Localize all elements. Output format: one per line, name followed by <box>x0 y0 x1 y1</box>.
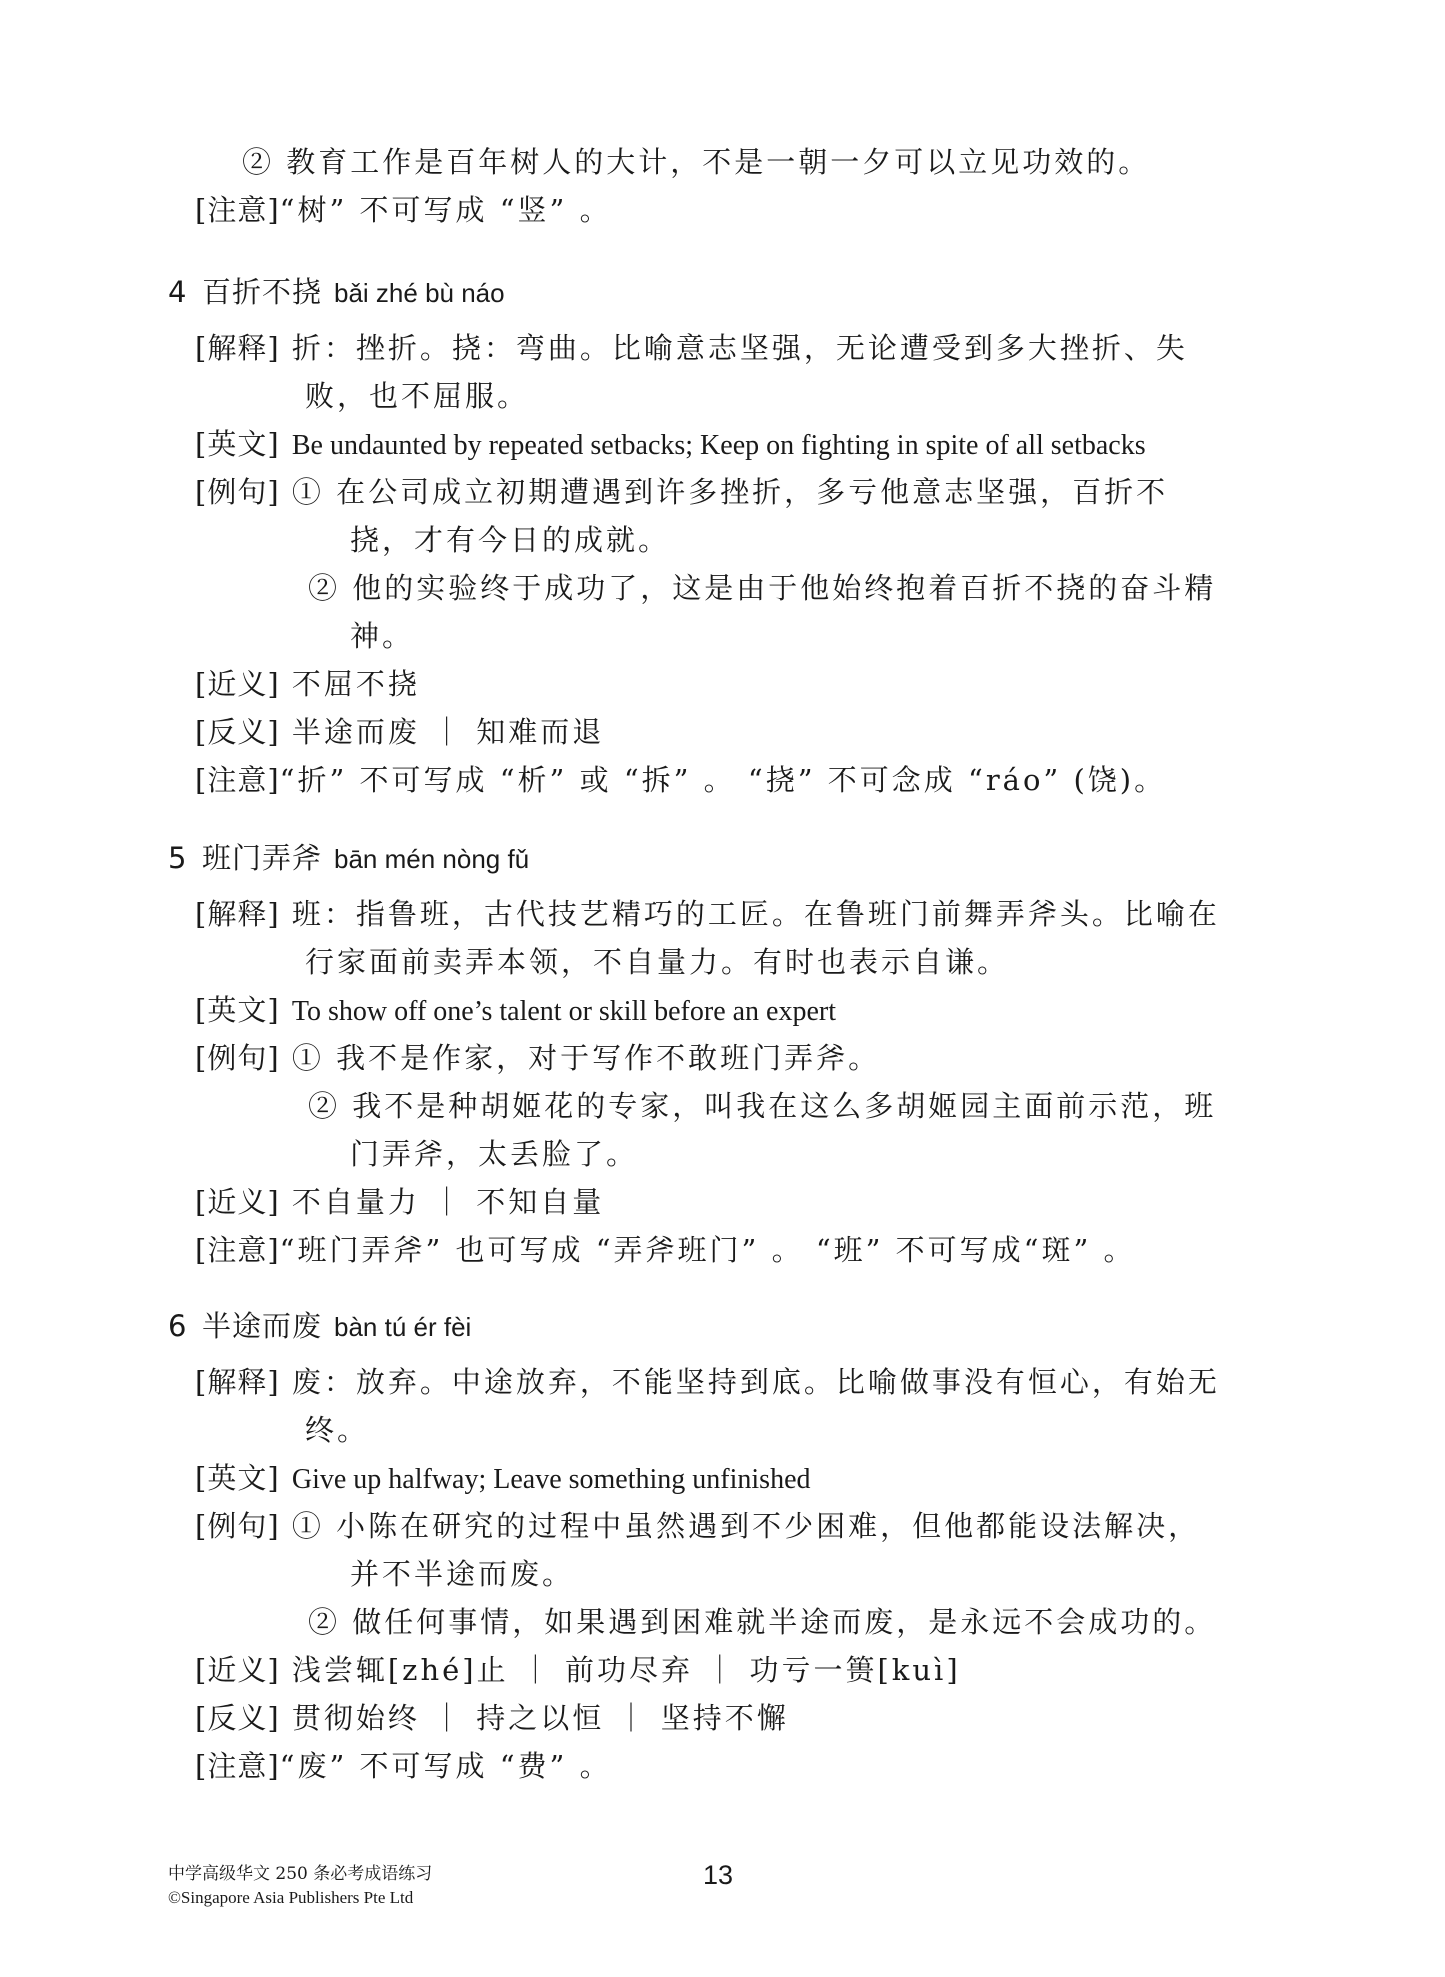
synonym-line: [近义] 不屈不挠 <box>195 664 420 704</box>
note-tag: [注意] <box>195 763 280 797</box>
idiom-heading: 6半途而废bàn tú ér fèi <box>168 1306 471 1347</box>
example-line: ② 他的实验终于成功了，这是由于他始终抱着百折不挠的奋斗精 <box>308 568 1216 608</box>
note-text: “树” 不可写成 “竖” 。 <box>280 193 612 227</box>
antonym-line: [反义] 半途而废 ｜ 知难而退 <box>195 712 604 752</box>
idiom-title: 班门弄斧 <box>202 841 322 875</box>
example-line-cont: 神。 <box>350 616 414 656</box>
page-footer: 中学高级华文 250 条必考成语练习 ©Singapore Asia Publi… <box>168 1862 432 1910</box>
idiom-title: 半途而废 <box>202 1309 322 1343</box>
note-text: “废” 不可写成 “费” 。 <box>280 1749 612 1783</box>
example-text: ① 小陈在研究的过程中虽然遇到不少困难，但他都能设法解决， <box>292 1509 1200 1543</box>
explain-line: [解释] 废：放弃。中途放弃，不能坚持到底。比喻做事没有恒心，有始无 <box>195 1362 1220 1402</box>
example-line: [例句] ① 我不是作家，对于写作不敢班门弄斧。 <box>195 1038 880 1078</box>
synonym-tag: [近义] <box>195 1185 280 1219</box>
synonym-line: [近义] 不自量力 ｜ 不知自量 <box>195 1182 604 1222</box>
explain-tag: [解释] <box>195 331 280 365</box>
explain-line-cont: 败，也不屈服。 <box>305 376 529 416</box>
synonym-text: 不自量力 ｜ 不知自量 <box>292 1185 604 1219</box>
example-tag: [例句] <box>195 475 280 509</box>
idiom-heading: 5班门弄斧bān mén nòng fǔ <box>168 838 529 879</box>
english-line: [英文] To show off one’s talent or skill b… <box>195 990 836 1032</box>
idiom-pinyin: bàn tú ér fèi <box>334 1312 471 1342</box>
idiom-heading: 4百折不挠bǎi zhé bù náo <box>168 272 505 313</box>
synonym-text: 浅尝辄[zhé]止 ｜ 前功尽弃 ｜ 功亏一篑[kuì] <box>292 1653 961 1687</box>
example-line: ② 做任何事情，如果遇到困难就半途而废，是永远不会成功的。 <box>308 1602 1216 1642</box>
explain-line-cont: 终。 <box>305 1410 369 1450</box>
copyright: ©Singapore Asia Publishers Pte Ltd <box>168 1886 432 1910</box>
note-tag: [注意] <box>195 1749 280 1783</box>
note-line: [注意]“折” 不可写成 “析” 或 “拆” 。 “挠” 不可念成 “ráo” … <box>195 760 1166 800</box>
synonym-line: [近义] 浅尝辄[zhé]止 ｜ 前功尽弃 ｜ 功亏一篑[kuì] <box>195 1650 961 1690</box>
english-text: To show off one’s talent or skill before… <box>292 996 836 1027</box>
note-line: [注意]“废” 不可写成 “费” 。 <box>195 1746 612 1786</box>
explain-tag: [解释] <box>195 897 280 931</box>
entry-number: 6 <box>168 1306 202 1346</box>
synonym-tag: [近义] <box>195 1653 280 1687</box>
example-line: [例句] ① 小陈在研究的过程中虽然遇到不少困难，但他都能设法解决， <box>195 1506 1200 1546</box>
document-page: ② 教育工作是百年树人的大计，不是一朝一夕可以立见功效的。 [注意]“树” 不可… <box>0 0 1445 1977</box>
explain-line: [解释] 折：挫折。挠：弯曲。比喻意志坚强，无论遭受到多大挫折、失 <box>195 328 1188 368</box>
idiom-pinyin: bǎi zhé bù náo <box>334 278 505 308</box>
example-line: ② 我不是种胡姬花的专家，叫我在这么多胡姬园主面前示范，班 <box>308 1086 1216 1126</box>
example-line-cont: 门弄斧，太丢脸了。 <box>350 1134 638 1174</box>
note-tag: [注意] <box>195 1233 280 1267</box>
example-line-cont: 挠，才有今日的成就。 <box>350 520 670 560</box>
explain-line: [解释] 班：指鲁班，古代技艺精巧的工匠。在鲁班门前舞弄斧头。比喻在 <box>195 894 1220 934</box>
entry-number: 4 <box>168 272 202 312</box>
entry-number: 5 <box>168 838 202 878</box>
explain-tag: [解释] <box>195 1365 280 1399</box>
explain-text: 废：放弃。中途放弃，不能坚持到底。比喻做事没有恒心，有始无 <box>292 1365 1220 1399</box>
note-tag: [注意] <box>195 193 280 227</box>
antonym-line: [反义] 贯彻始终 ｜ 持之以恒 ｜ 坚持不懈 <box>195 1698 789 1738</box>
synonym-text: 不屈不挠 <box>292 667 420 701</box>
example-sentence: ② 教育工作是百年树人的大计，不是一朝一夕可以立见功效的。 <box>242 142 1150 182</box>
synonym-tag: [近义] <box>195 667 280 701</box>
antonym-tag: [反义] <box>195 715 280 749</box>
explain-text: 班：指鲁班，古代技艺精巧的工匠。在鲁班门前舞弄斧头。比喻在 <box>292 897 1220 931</box>
english-tag: [英文] <box>195 427 280 461</box>
english-tag: [英文] <box>195 1461 280 1495</box>
antonym-tag: [反义] <box>195 1701 280 1735</box>
note-text: “班门弄斧” 也可写成 “弄斧班门” 。 “班” 不可写成“斑” 。 <box>280 1233 1136 1267</box>
example-tag: [例句] <box>195 1041 280 1075</box>
note-text: “折” 不可写成 “析” 或 “拆” 。 “挠” 不可念成 “ráo” (饶)。 <box>280 763 1166 797</box>
note-line: [注意]“树” 不可写成 “竖” 。 <box>195 190 612 230</box>
idiom-pinyin: bān mén nòng fǔ <box>334 844 529 874</box>
example-line: [例句] ① 在公司成立初期遭遇到许多挫折，多亏他意志坚强，百折不 <box>195 472 1168 512</box>
antonym-text: 贯彻始终 ｜ 持之以恒 ｜ 坚持不懈 <box>292 1701 789 1735</box>
english-line: [英文] Give up halfway; Leave something un… <box>195 1458 811 1500</box>
english-text: Be undaunted by repeated setbacks; Keep … <box>292 430 1146 461</box>
english-tag: [英文] <box>195 993 280 1027</box>
example-tag: [例句] <box>195 1509 280 1543</box>
book-title: 中学高级华文 250 条必考成语练习 <box>168 1862 432 1886</box>
english-text: Give up halfway; Leave something unfinis… <box>292 1464 811 1495</box>
idiom-title: 百折不挠 <box>202 275 322 309</box>
antonym-text: 半途而废 ｜ 知难而退 <box>292 715 604 749</box>
note-line: [注意]“班门弄斧” 也可写成 “弄斧班门” 。 “班” 不可写成“斑” 。 <box>195 1230 1136 1270</box>
example-text: ① 我不是作家，对于写作不敢班门弄斧。 <box>292 1041 880 1075</box>
example-text: ① 在公司成立初期遭遇到许多挫折，多亏他意志坚强，百折不 <box>292 475 1168 509</box>
example-line-cont: 并不半途而废。 <box>350 1554 574 1594</box>
explain-line-cont: 行家面前卖弄本领，不自量力。有时也表示自谦。 <box>305 942 1009 982</box>
english-line: [英文] Be undaunted by repeated setbacks; … <box>195 424 1146 466</box>
explain-text: 折：挫折。挠：弯曲。比喻意志坚强，无论遭受到多大挫折、失 <box>292 331 1188 365</box>
page-number: 13 <box>703 1860 733 1891</box>
